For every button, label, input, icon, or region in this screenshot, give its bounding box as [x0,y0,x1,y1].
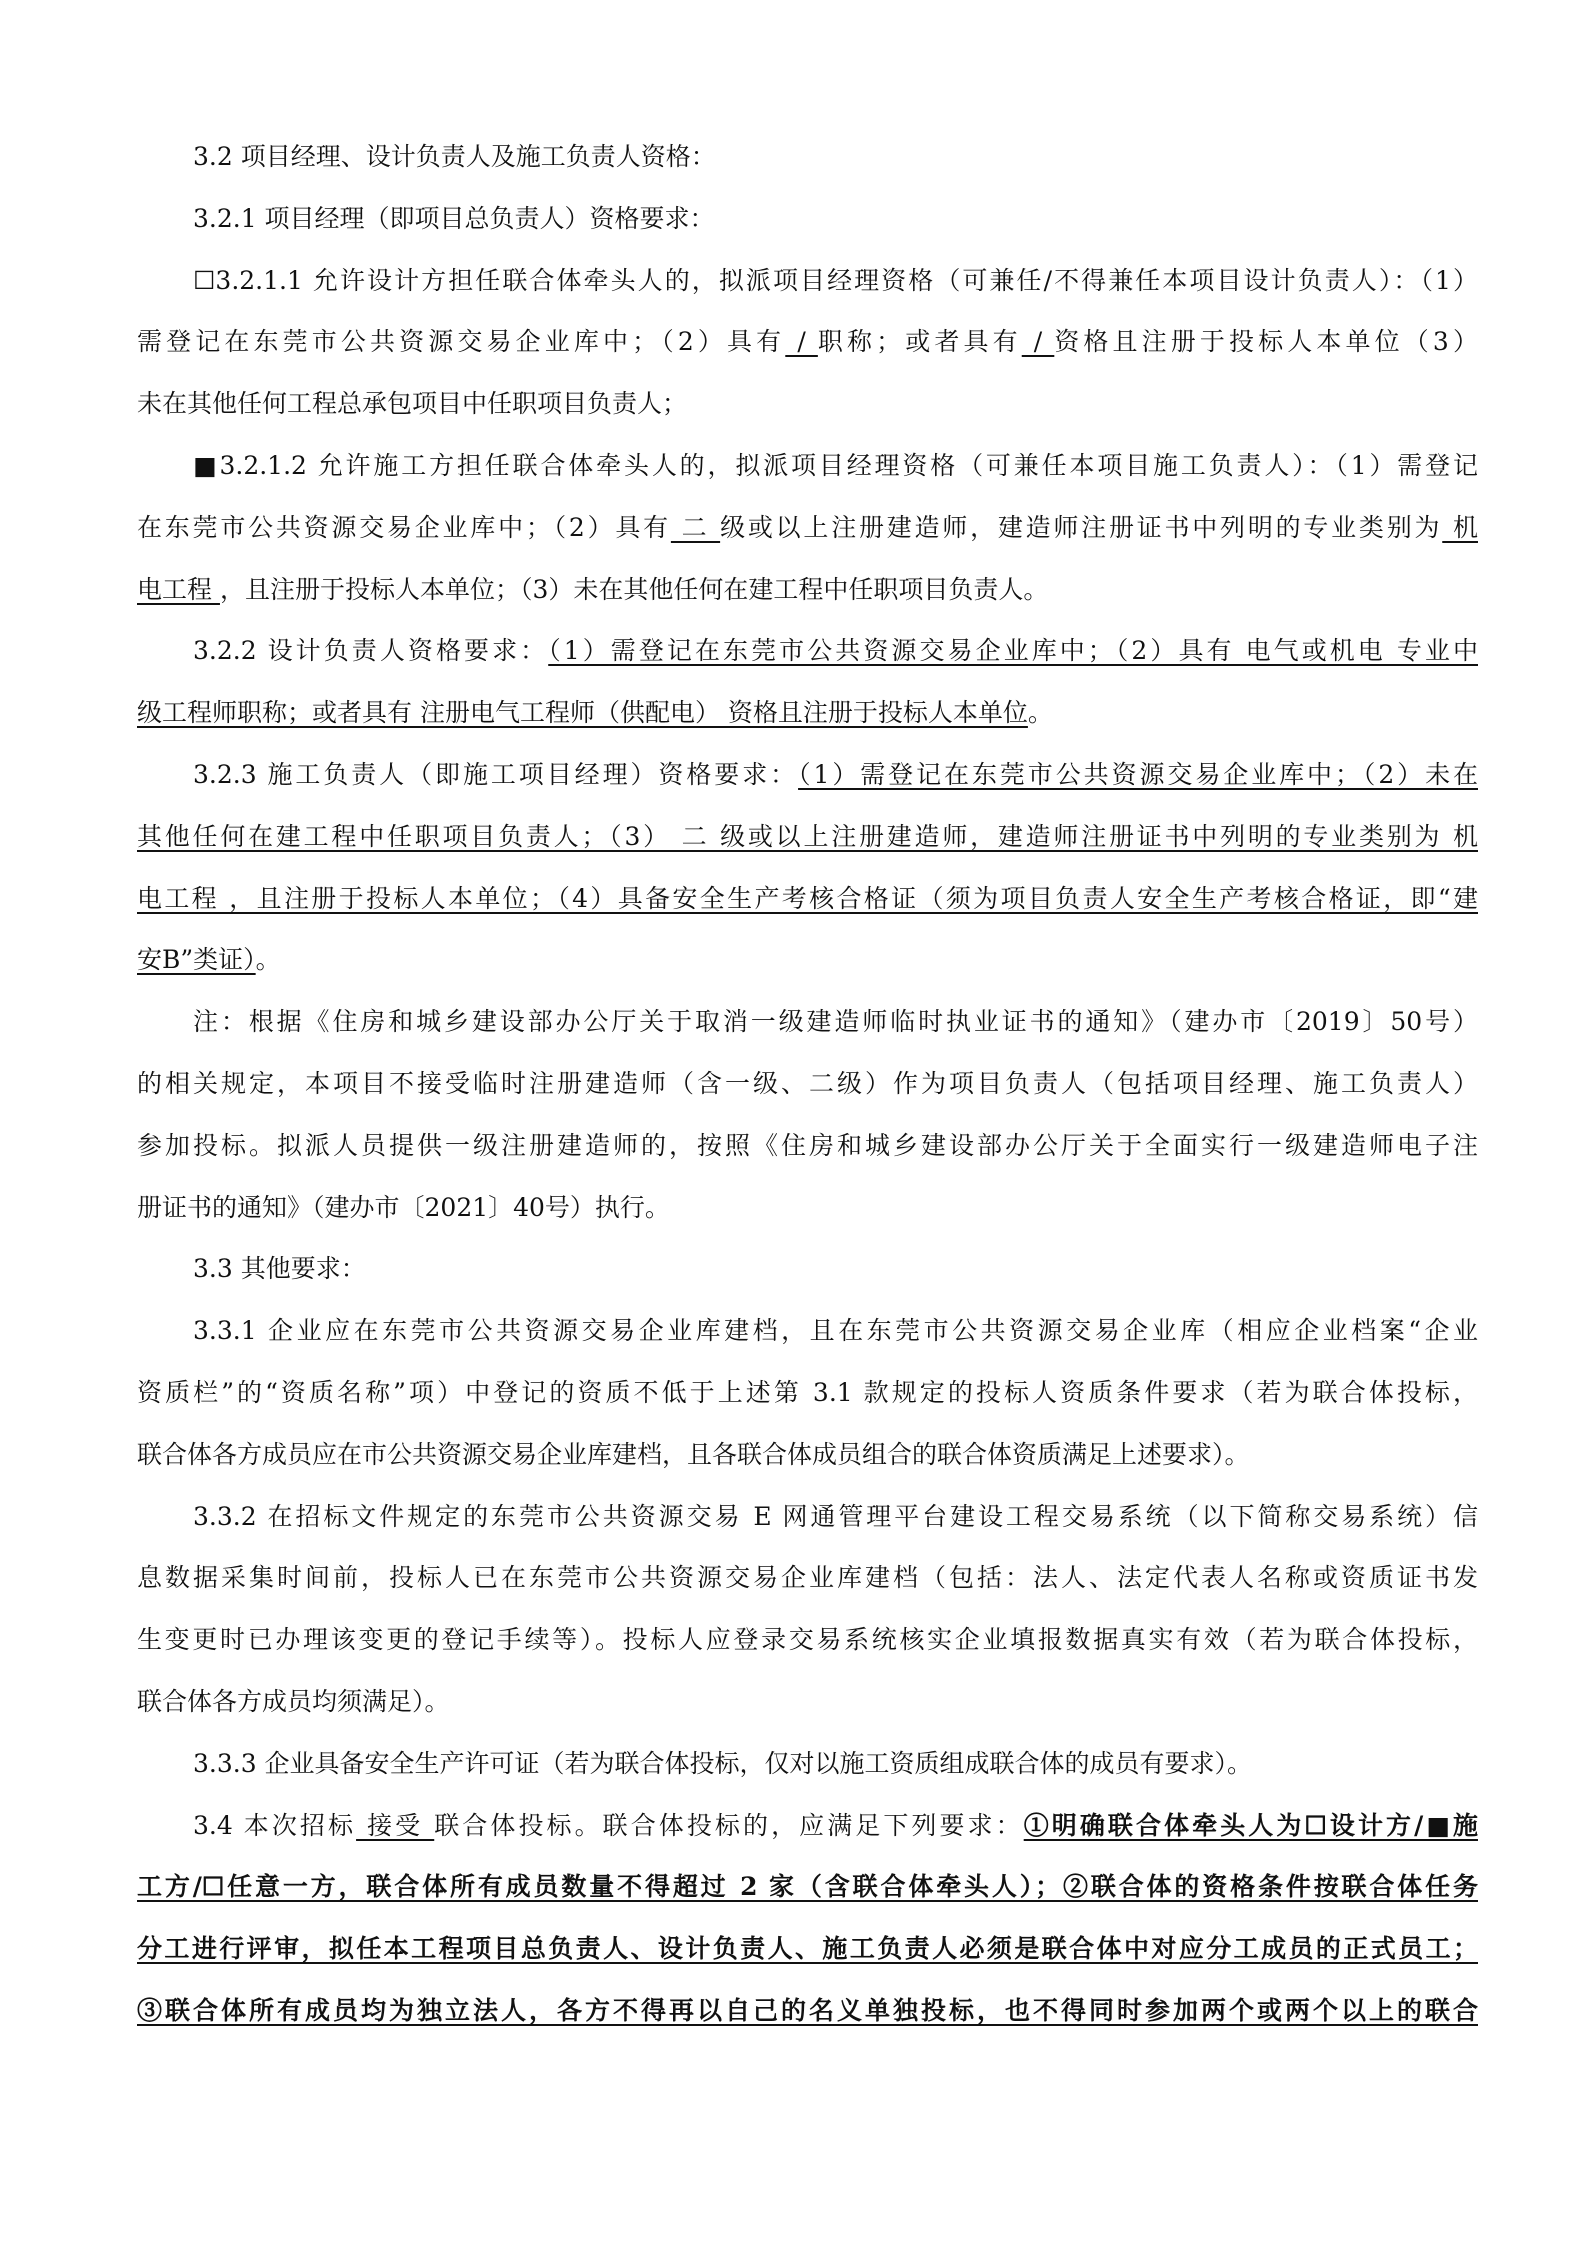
text-segment: ■3.2.1.2 允许施工方担任联合体牵头人的，拟派项目经理资格（可兼任本项目施… [193,451,1478,480]
text-segment: ☐3.2.1.1 允许设计方担任联合体牵头人的，拟派项目经理资格（可兼任/不得兼… [193,266,1478,295]
text-line: 资质栏”的“资质名称”项）中登记的资质不低于上述第 3.1 款规定的投标人资质条… [137,1373,1478,1413]
underlined-text: 二 [671,513,720,542]
underlined-text: 其他任何在建工程中任职项目负责人；（3） 二 级或以上注册建造师，建造师注册证书… [137,822,1478,851]
text-segment: 职称；或者具有 [818,327,1022,356]
underlined-text: （1）需登记在东莞市公共资源交易企业库中；（2）未在 [798,760,1478,789]
text-segment: ，且注册于投标人本单位；（3）未在其他任何在建工程中任职项目负责人。 [220,575,1048,604]
text-segment: 3.2.1 项目经理（即项目总负责人）资格要求： [193,204,715,233]
document-page: 3.2 项目经理、设计负责人及施工负责人资格：3.2.1 项目经理（即项目总负责… [0,0,1587,2245]
text-segment: 注：根据《住房和城乡建设部办公厅关于取消一级建造师临时执业证书的通知》（建办市〔… [193,1007,1478,1036]
text-line: 生变更时已办理该变更的登记手续等）。投标人应登录交易系统核实企业填报数据真实有效… [137,1620,1478,1660]
text-line: ■3.2.1.2 允许施工方担任联合体牵头人的，拟派项目经理资格（可兼任本项目施… [193,446,1478,486]
text-segment: 3.3.1 企业应在东莞市公共资源交易企业库建档，且在东莞市公共资源交易企业库（… [193,1316,1478,1345]
text-segment: 3.4 本次招标 [193,1811,356,1840]
underlined-text: 工方/☐任意一方，联合体所有成员数量不得超过 2 家（含联合体牵头人）；②联合体… [137,1872,1478,1901]
text-segment: 3.2 项目经理、设计负责人及施工负责人资格： [193,142,716,171]
text-line: 分工进行评审，拟任本工程项目总负责人、设计负责人、施工负责人必须是联合体中对应分… [137,1929,1478,1969]
text-line: 3.3.3 企业具备安全生产许可证（若为联合体投标，仅对以施工资质组成联合体的成… [193,1744,1478,1784]
text-segment: 未在其他任何工程总承包项目中任职项目负责人； [137,389,687,418]
text-line: 参加投标。拟派人员提供一级注册建造师的，按照《住房和城乡建设部办公厅关于全面实行… [137,1126,1478,1166]
text-segment: 级或以上注册建造师，建造师注册证书中列明的专业类别为 [720,513,1442,542]
text-line: 其他任何在建工程中任职项目负责人；（3） 二 级或以上注册建造师，建造师注册证书… [137,817,1478,857]
text-line: 需登记在东莞市公共资源交易企业库中；（2）具有 / 职称；或者具有 / 资格且注… [137,322,1478,362]
text-line: 3.4 本次招标 接受 联合体投标。联合体投标的，应满足下列要求：①明确联合体牵… [193,1806,1478,1846]
text-line: 的相关规定，本项目不接受临时注册建造师（含一级、二级）作为项目负责人（包括项目经… [137,1064,1478,1104]
text-segment: 联合体各方成员均须满足）。 [137,1687,450,1716]
text-segment: 3.3 其他要求： [193,1254,366,1283]
underlined-text: / [785,327,818,356]
text-segment: 的相关规定，本项目不接受临时注册建造师（含一级、二级）作为项目负责人（包括项目经… [137,1069,1478,1098]
underlined-text: 机 [1442,513,1478,542]
text-segment: 息数据采集时间前，投标人已在东莞市公共资源交易企业库建档（包括：法人、法定代表人… [137,1563,1478,1592]
text-segment: 资格且注册于投标人本单位（3） [1054,327,1478,356]
text-segment: 3.2.2 设计负责人资格要求： [193,636,548,665]
underlined-text: / [1022,327,1055,356]
text-line: 电工程 ，且注册于投标人本单位；（3）未在其他任何在建工程中任职项目负责人。 [137,570,1478,610]
text-segment: 3.3.2 在招标文件规定的东莞市公共资源交易 E 网通管理平台建设工程交易系统… [193,1502,1478,1531]
underlined-text: 电工程 ，且注册于投标人本单位；（4）具备安全生产考核合格证（须为项目负责人安全… [137,884,1478,913]
underlined-text: ①明确联合体牵头人为☐设计方/■施 [1024,1811,1478,1840]
text-segment: 在东莞市公共资源交易企业库中；（2）具有 [137,513,671,542]
underlined-text: 分工进行评审，拟任本工程项目总负责人、设计负责人、施工负责人必须是联合体中对应分… [137,1934,1478,1963]
text-line: ☐3.2.1.1 允许设计方担任联合体牵头人的，拟派项目经理资格（可兼任/不得兼… [193,261,1478,301]
text-line: 3.3 其他要求： [193,1249,1478,1289]
text-segment: 。 [1028,698,1053,727]
text-line: 3.2.1 项目经理（即项目总负责人）资格要求： [193,199,1478,239]
text-line: 电工程 ，且注册于投标人本单位；（4）具备安全生产考核合格证（须为项目负责人安全… [137,879,1478,919]
text-line: 3.2.3 施工负责人（即施工项目经理）资格要求：（1）需登记在东莞市公共资源交… [193,755,1478,795]
text-segment: 需登记在东莞市公共资源交易企业库中；（2）具有 [137,327,785,356]
text-line: 工方/☐任意一方，联合体所有成员数量不得超过 2 家（含联合体牵头人）；②联合体… [137,1867,1478,1907]
text-line: 级工程师职称；或者具有 注册电气工程师（供配电） 资格且注册于投标人本单位。 [137,693,1478,733]
text-line: 3.3.1 企业应在东莞市公共资源交易企业库建档，且在东莞市公共资源交易企业库（… [193,1311,1478,1351]
text-line: ③联合体所有成员均为独立法人，各方不得再以自己的名义单独投标，也不得同时参加两个… [137,1991,1478,2031]
text-line: 3.2.2 设计负责人资格要求：（1）需登记在东莞市公共资源交易企业库中；（2）… [193,631,1478,671]
text-line: 安B”类证）。 [137,940,1478,980]
underlined-text: 接受 [356,1811,434,1840]
text-line: 3.3.2 在招标文件规定的东莞市公共资源交易 E 网通管理平台建设工程交易系统… [193,1497,1478,1537]
text-segment: 3.2.3 施工负责人（即施工项目经理）资格要求： [193,760,798,789]
text-line: 3.2 项目经理、设计负责人及施工负责人资格： [193,137,1478,177]
underlined-text: 电工程 [137,575,220,604]
text-segment: 联合体投标。联合体投标的，应满足下列要求： [434,1811,1023,1840]
text-segment: 3.3.3 企业具备安全生产许可证（若为联合体投标，仅对以施工资质组成联合体的成… [193,1749,1252,1778]
text-line: 联合体各方成员应在市公共资源交易企业库建档，且各联合体成员组合的联合体资质满足上… [137,1435,1478,1475]
text-line: 联合体各方成员均须满足）。 [137,1682,1478,1722]
text-segment: 生变更时已办理该变更的登记手续等）。投标人应登录交易系统核实企业填报数据真实有效… [137,1625,1478,1654]
underlined-text: 级工程师职称；或者具有 注册电气工程师（供配电） 资格且注册于投标人本单位 [137,698,1028,727]
underlined-text: （1）需登记在东莞市公共资源交易企业库中；（2）具有 电气或机电 专业中 [548,636,1478,665]
text-segment: 联合体各方成员应在市公共资源交易企业库建档，且各联合体成员组合的联合体资质满足上… [137,1440,1250,1469]
text-line: 息数据采集时间前，投标人已在东莞市公共资源交易企业库建档（包括：法人、法定代表人… [137,1558,1478,1598]
text-segment: 参加投标。拟派人员提供一级注册建造师的，按照《住房和城乡建设部办公厅关于全面实行… [137,1131,1478,1160]
text-line: 注：根据《住房和城乡建设部办公厅关于取消一级建造师临时执业证书的通知》（建办市〔… [193,1002,1478,1042]
text-segment: 。 [256,945,281,974]
underlined-text: 安B”类证） [137,945,256,974]
text-segment: 册证书的通知》（建办市〔2021〕40号）执行。 [137,1193,670,1222]
text-line: 在东莞市公共资源交易企业库中；（2）具有 二 级或以上注册建造师，建造师注册证书… [137,508,1478,548]
underlined-text: ③联合体所有成员均为独立法人，各方不得再以自己的名义单独投标，也不得同时参加两个… [137,1996,1478,2025]
text-line: 册证书的通知》（建办市〔2021〕40号）执行。 [137,1188,1478,1228]
text-segment: 资质栏”的“资质名称”项）中登记的资质不低于上述第 3.1 款规定的投标人资质条… [137,1378,1478,1407]
text-line: 未在其他任何工程总承包项目中任职项目负责人； [137,384,1478,424]
